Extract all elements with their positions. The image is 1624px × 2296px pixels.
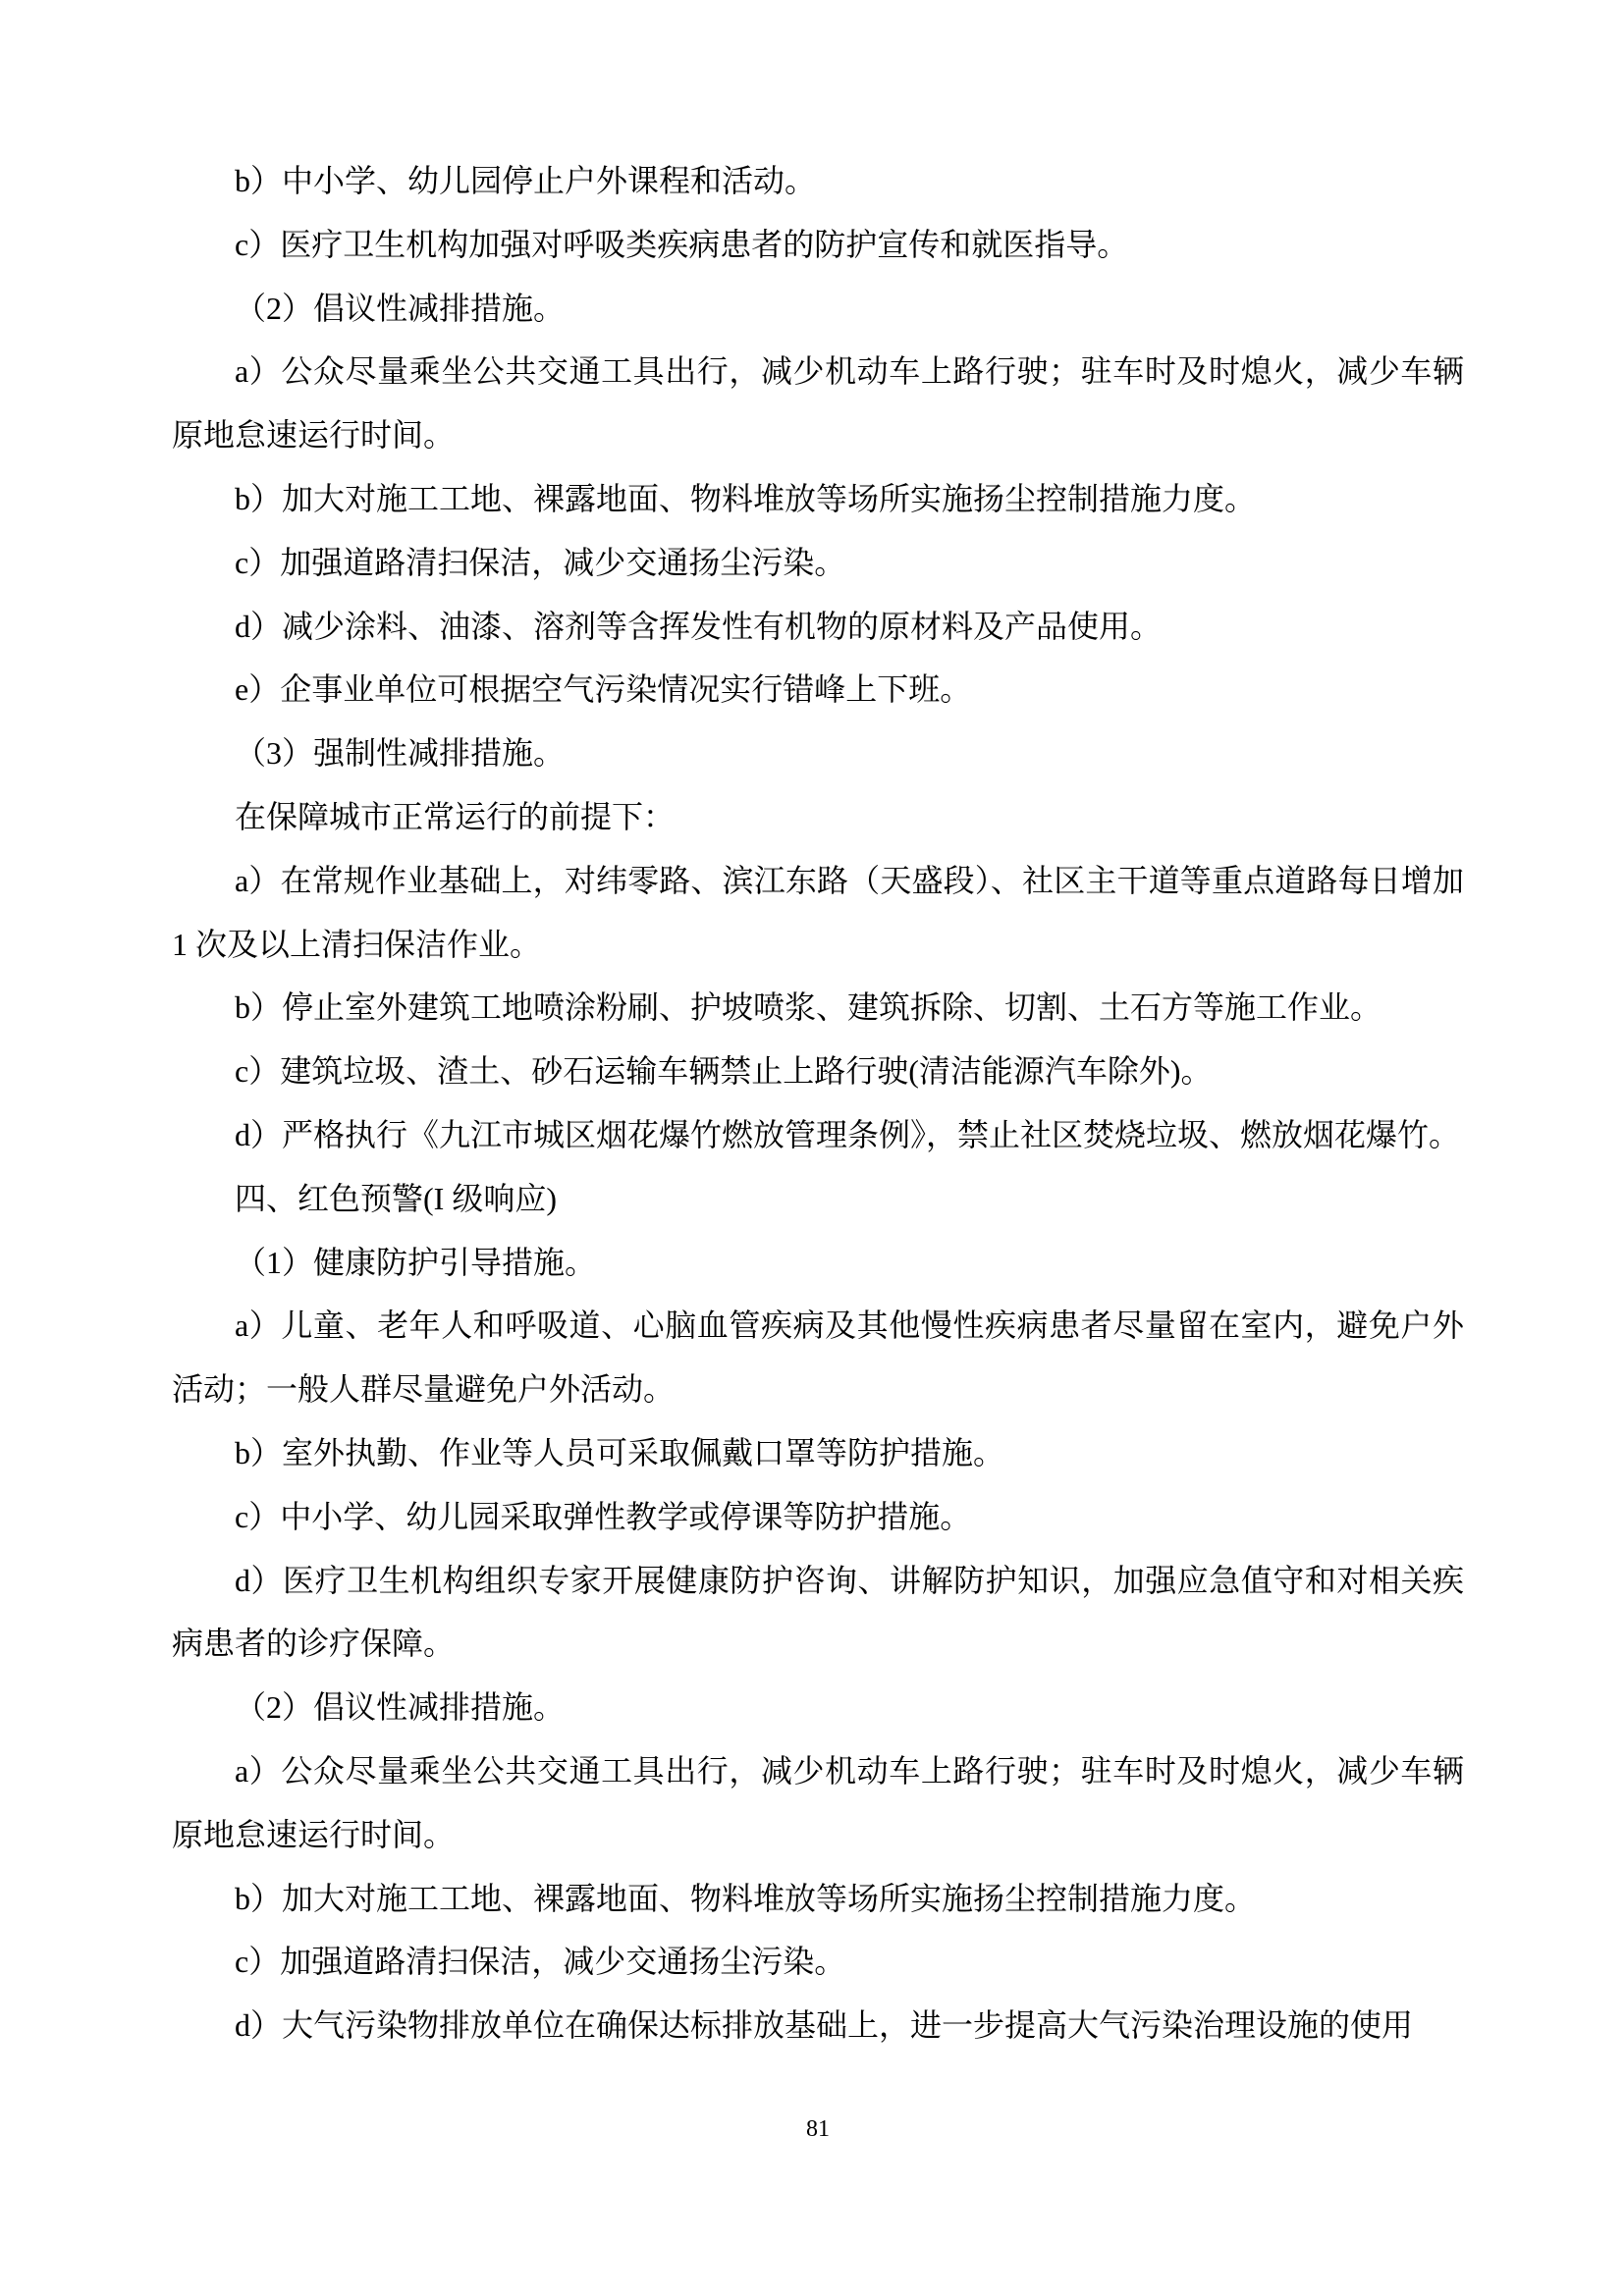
paragraph: （3）强制性减排措施。 xyxy=(172,721,1464,785)
paragraph: b）停止室外建筑工地喷涂粉刷、护坡喷浆、建筑拆除、切割、土石方等施工作业。 xyxy=(172,976,1464,1040)
paragraph: b）加大对施工工地、裸露地面、物料堆放等场所实施扬尘控制措施力度。 xyxy=(172,1867,1464,1931)
paragraph: c）医疗卫生机构加强对呼吸类疾病患者的防护宣传和就医指导。 xyxy=(172,213,1464,277)
paragraph: c）建筑垃圾、渣土、砂石运输车辆禁止上路行驶(清洁能源汽车除外)。 xyxy=(172,1040,1464,1103)
document-body: b）中小学、幼儿园停止户外课程和活动。c）医疗卫生机构加强对呼吸类疾病患者的防护… xyxy=(172,149,1464,2057)
paragraph: （2）倡议性减排措施。 xyxy=(172,277,1464,341)
paragraph: c）加强道路清扫保洁，减少交通扬尘污染。 xyxy=(172,1930,1464,1994)
page-footer: 81 xyxy=(172,2116,1464,2142)
paragraph: b）室外执勤、作业等人员可采取佩戴口罩等防护措施。 xyxy=(172,1421,1464,1485)
paragraph: a）公众尽量乘坐公共交通工具出行，减少机动车上路行驶；驻车时及时熄火，减少车辆原… xyxy=(172,1739,1464,1867)
paragraph: e）企事业单位可根据空气污染情况实行错峰上下班。 xyxy=(172,658,1464,721)
paragraph: a）在常规作业基础上，对纬零路、滨江东路（天盛段）、社区主干道等重点道路每日增加… xyxy=(172,849,1464,977)
paragraph: d）医疗卫生机构组织专家开展健康防护咨询、讲解防护知识，加强应急值守和对相关疾病… xyxy=(172,1549,1464,1677)
paragraph: b）加大对施工工地、裸露地面、物料堆放等场所实施扬尘控制措施力度。 xyxy=(172,467,1464,531)
paragraph: a）公众尽量乘坐公共交通工具出行，减少机动车上路行驶；驻车时及时熄火，减少车辆原… xyxy=(172,340,1464,467)
paragraph: 四、红色预警(I 级响应) xyxy=(172,1167,1464,1231)
document-page: { "document": { "page_number": "81", "pa… xyxy=(0,0,1624,2296)
paragraph: b）中小学、幼儿园停止户外课程和活动。 xyxy=(172,149,1464,213)
paragraph: d）减少涂料、油漆、溶剂等含挥发性有机物的原材料及产品使用。 xyxy=(172,595,1464,659)
page-number: 81 xyxy=(806,2116,830,2142)
paragraph: c）加强道路清扫保洁，减少交通扬尘污染。 xyxy=(172,531,1464,595)
paragraph: 在保障城市正常运行的前提下： xyxy=(172,785,1464,849)
paragraph: a）儿童、老年人和呼吸道、心脑血管疾病及其他慢性疾病患者尽量留在室内，避免户外活… xyxy=(172,1294,1464,1421)
paragraph: c）中小学、幼儿园采取弹性教学或停课等防护措施。 xyxy=(172,1485,1464,1549)
paragraph: d）大气污染物排放单位在确保达标排放基础上，进一步提高大气污染治理设施的使用 xyxy=(172,1994,1464,2057)
paragraph: （1）健康防护引导措施。 xyxy=(172,1231,1464,1295)
paragraph: d）严格执行《九江市城区烟花爆竹燃放管理条例》，禁止社区焚烧垃圾、燃放烟花爆竹。 xyxy=(172,1103,1464,1167)
paragraph: （2）倡议性减排措施。 xyxy=(172,1676,1464,1739)
